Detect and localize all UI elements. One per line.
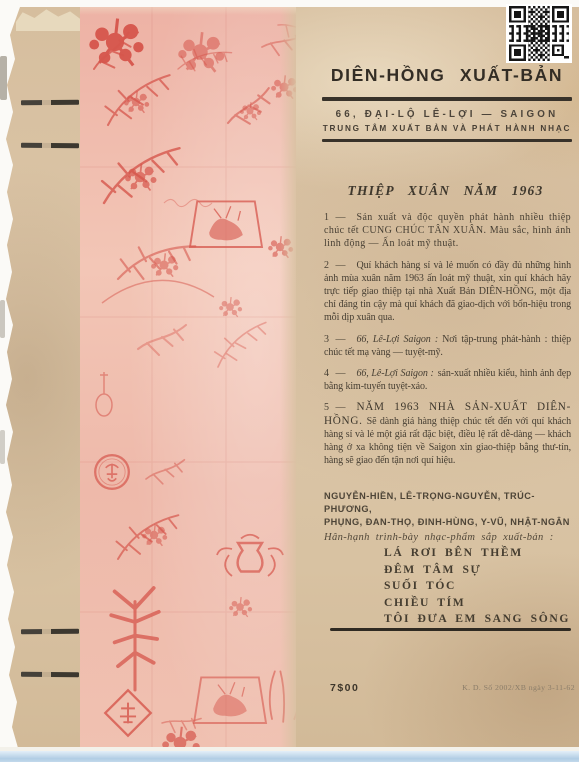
scanned-sheet-music-back-cover: DIÊN-HỒNG XUẤT-BẢN 66, ĐẠI-LỘ LÊ-LỢI — S… [0, 0, 579, 762]
divider-rule-top [322, 97, 572, 101]
price-label: 7$00 [330, 682, 359, 694]
composers-line: NGUYỄN-HIỀN, LÊ-TRỌNG-NGUYỄN, TRÚC-PHƯƠN… [324, 490, 575, 516]
staple [21, 143, 79, 148]
paragraph-text: Quí khách hàng sỉ và lẻ muốn có đầy đủ n… [324, 260, 571, 324]
paragraph-item: 3 —66, Lê-Lợi Saigon :Nơi tập-trung phát… [324, 333, 571, 359]
publisher-center-line: TRUNG TÂM XUẤT BẢN VÀ PHÁT HÀNH NHẠC [322, 124, 572, 133]
paragraph-lead: 66, Lê-Lợi Saigon : [357, 334, 439, 345]
pattern-edge-fade [80, 7, 296, 15]
divider-rule-bottom [322, 139, 572, 143]
paragraph-item: 2 —Quí khách hàng sỉ và lẻ muốn có đầy đ… [324, 259, 571, 325]
composers-block: NGUYỄN-HIỀN, LÊ-TRỌNG-NGUYỄN, TRÚC-PHƯƠN… [324, 490, 575, 543]
license-number: K. D. Số 2002/XB ngày 3-11-62 [462, 683, 575, 692]
scan-edge-mark [0, 300, 5, 338]
paragraph-number: 5 — [324, 401, 348, 414]
paragraph-item: 1 —Sản xuất và độc quyền phát hành nhiều… [324, 211, 571, 251]
song-title: ĐÊM TÂM SỰ [384, 562, 570, 579]
paragraph-lead: 66, Lê-Lợi Saigon : [357, 368, 434, 379]
staple [21, 629, 79, 634]
paragraph-number: 3 — [324, 333, 348, 346]
publisher-header: DIÊN-HỒNG XUẤT-BẢN 66, ĐẠI-LỘ LÊ-LỢI — S… [322, 65, 572, 142]
song-title: SUỐI TÓC [384, 578, 570, 595]
song-title: LÁ RƠI BÊN THỀM [384, 545, 570, 562]
paragraph-number: 1 — [324, 211, 348, 224]
announcement-line: Hân-hạnh trình-bày nhạc-phẩm sắp xuất-bả… [324, 532, 575, 543]
footer-row: 7$00 K. D. Số 2002/XB ngày 3-11-62 [330, 682, 575, 694]
staple [21, 672, 79, 678]
publisher-name: DIÊN-HỒNG XUẤT-BẢN [322, 65, 572, 86]
paragraph-number: 4 — [324, 367, 348, 380]
paragraph-item: 5 —NĂM 1963 NHÀ SẢN-XUẤT DIÊN-HỒNG.Sẽ dà… [324, 401, 571, 467]
paragraph-number: 2 — [324, 259, 348, 272]
scan-edge-mark [0, 56, 7, 100]
footer-divider-rule [330, 628, 571, 631]
song-title: CHIỀU TÍM [384, 595, 570, 612]
paragraph-text: Sản xuất và độc quyền phát hành nhiều th… [324, 212, 571, 249]
scan-edge-mark [0, 430, 5, 464]
publisher-address: 66, ĐẠI-LỘ LÊ-LỢI — SAIGON [322, 109, 572, 120]
scanner-bed-edge [0, 751, 579, 762]
staple [21, 100, 79, 106]
body-paragraphs: 1 —Sản xuất và độc quyền phát hành nhiều… [324, 211, 571, 475]
paragraph-item: 4 —66, Lê-Lợi Saigon :sản-xuất nhiều kiể… [324, 367, 571, 393]
song-title: TÔI ĐƯA EM SANG SÔNG [384, 611, 570, 628]
toile-pattern-illustration [80, 7, 296, 748]
season-heading: THIỆP XUÂN NĂM 1963 [322, 183, 569, 199]
toile-pattern-panel [80, 7, 296, 748]
song-list: LÁ RƠI BÊN THỀM ĐÊM TÂM SỰ SUỐI TÓC CHIỀ… [384, 545, 570, 628]
text-column: DIÊN-HỒNG XUẤT-BẢN 66, ĐẠI-LỘ LÊ-LỢI — S… [322, 7, 575, 748]
composers-line: PHỤNG, ĐAN-THỌ, ĐINH-HÙNG, Y-VŨ, NHẬT-NG… [324, 516, 575, 529]
pattern-edge-fade [280, 7, 296, 748]
